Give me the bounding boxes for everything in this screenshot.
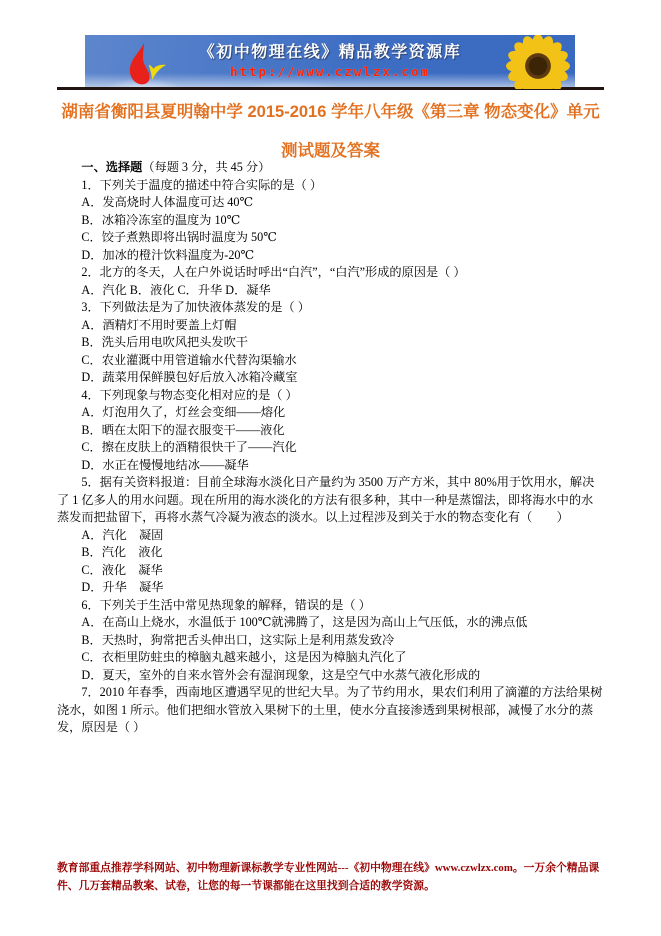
document-page: 《初中物理在线》精品教学资源库 http://www.czwlzx.com 湖南… (0, 0, 661, 936)
question-line: D．蔬菜用保鲜膜包好后放入冰箱冷藏室 (57, 369, 604, 387)
question-line: A．在高山上烧水，水温低于 100℃就沸腾了，这是因为高山上气压低，水的沸点低 (57, 614, 604, 632)
question-line: D．加冰的橙汁饮料温度为-20℃ (57, 247, 604, 265)
question-line: 6．下列关于生活中常见热现象的解释，错误的是（ ） (57, 597, 604, 615)
question-line: B．汽化 液化 (57, 544, 604, 562)
question-line: C．衣柜里防蛀虫的樟脑丸越来越小，这是因为樟脑丸汽化了 (57, 649, 604, 667)
question-line: 7．2010 年春季，西南地区遭遇罕见的世纪大旱。为了节约用水，果农们利用了滴灌… (57, 684, 604, 737)
question-line: 4．下列现象与物态变化相对应的是（ ） (57, 387, 604, 405)
question-line: B．天热时，狗常把舌头伸出口，这实际上是利用蒸发致冷 (57, 632, 604, 650)
question-line: B．冰箱冷冻室的温度为 10℃ (57, 212, 604, 230)
question-line: A．发高烧时人体温度可达 40℃ (57, 194, 604, 212)
question-line: A．酒精灯不用时要盖上灯帽 (57, 317, 604, 335)
question-line: A．汽化 B．液化 C．升华 D．凝华 (57, 282, 604, 300)
question-line: B．晒在太阳下的湿衣服变干——液化 (57, 422, 604, 440)
question-line: 3．下列做法是为了加快液体蒸发的是（ ） (57, 299, 604, 317)
header-banner: 《初中物理在线》精品教学资源库 http://www.czwlzx.com (85, 35, 575, 89)
question-line: 1．下列关于温度的描述中符合实际的是（ ） (57, 177, 604, 195)
question-line: B．洗头后用电吹风把头发吹干 (57, 334, 604, 352)
question-line: C．液化 凝华 (57, 562, 604, 580)
section-heading: 一、选择题（每题 3 分，共 45 分） (57, 159, 604, 177)
question-line: D．夏天，室外的自来水管外会有湿润现象，这是空气中水蒸气液化形成的 (57, 667, 604, 685)
section-heading-note: （每题 3 分，共 45 分） (142, 160, 270, 174)
question-line: C．擦在皮肤上的酒精很快干了——汽化 (57, 439, 604, 457)
banner-site-url-link[interactable]: http://www.czwlzx.com (145, 63, 515, 80)
question-line: C．饺子煮熟即将出锅时温度为 50℃ (57, 229, 604, 247)
question-line: D．升华 凝华 (57, 579, 604, 597)
banner-text-block: 《初中物理在线》精品教学资源库 http://www.czwlzx.com (145, 43, 515, 80)
banner-site-title: 《初中物理在线》精品教学资源库 (145, 43, 515, 63)
question-line: 2．北方的冬天，人在户外说话时呼出“白汽”，“白汽”形成的原因是（ ） (57, 264, 604, 282)
sunflower-icon (505, 35, 571, 89)
question-line: D．水正在慢慢地结冰——凝华 (57, 457, 604, 475)
question-line: C．农业灌溉中用管道输水代替沟渠输水 (57, 352, 604, 370)
section-heading-label: 一、选择题 (81, 160, 142, 174)
question-list: 1．下列关于温度的描述中符合实际的是（ ） A．发高烧时人体温度可达 40℃ B… (57, 177, 604, 737)
footer-promo-text: 教育部重点推荐学科网站、初中物理新课标教学专业性网站---《初中物理在线》www… (57, 860, 606, 895)
question-line: A．灯泡用久了，灯丝会变细——熔化 (57, 404, 604, 422)
question-line: A．汽化 凝固 (57, 527, 604, 545)
question-line: 5．据有关资料报道：目前全球海水淡化日产量约为 3500 万产方米，其中 80%… (57, 474, 604, 527)
document-body: 一、选择题（每题 3 分，共 45 分） 1．下列关于温度的描述中符合实际的是（… (57, 159, 604, 737)
